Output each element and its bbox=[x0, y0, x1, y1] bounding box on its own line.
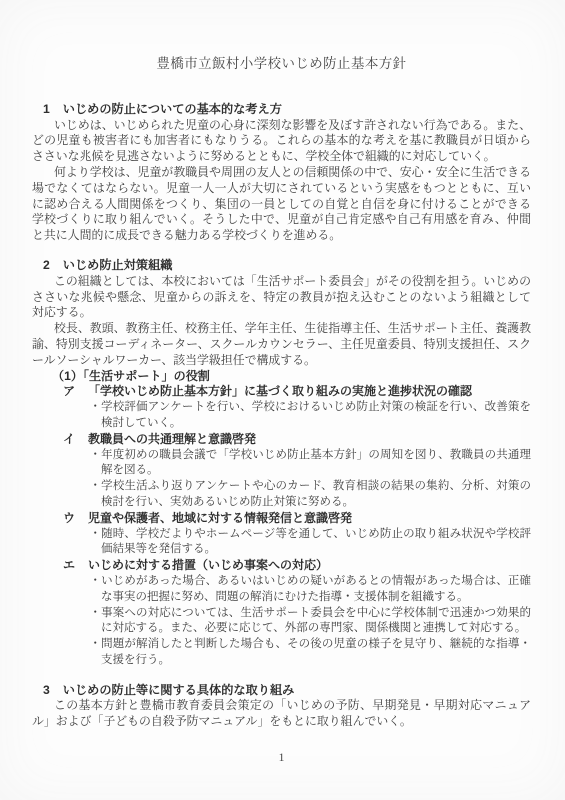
item-a-heading: ア「学校いじめ防止基本方針」に基づく取り組みの実施と進捗状況の確認 bbox=[32, 384, 531, 400]
item-e-marker: エ bbox=[63, 558, 75, 574]
bullet-item: ・学校生活ふり返りアンケートや心のカード、教育相談の結果の集約、分析、対策の検討… bbox=[32, 479, 531, 511]
section-concrete-initiatives: 3いじめの防止等に関する具体的な取り組み この基本方針と豊橋市教育委員会策定の「… bbox=[32, 683, 531, 730]
section-2-paragraph: この組織としては、本校においては「生活サポート委員会」がその役割を担う。いじめの… bbox=[32, 274, 531, 321]
item-i-title: 教職員への共通理解と意識啓発 bbox=[88, 432, 256, 446]
item-i: イ教職員への共通理解と意識啓発 ・年度初めの職員会議で「学校いじめ防止基本方針」… bbox=[32, 432, 531, 511]
document-page: 豊橋市立飯村小学校いじめ防止基本方針 1いじめの防止についての基本的な考え方 い… bbox=[0, 0, 565, 800]
bullet-item: ・事案への対応については、生活サポート委員会を中心に学校体制で迅速かつ効果的に対… bbox=[32, 606, 531, 638]
item-a-title: 「学校いじめ防止基本方針」に基づく取り組みの実施と進捗状況の確認 bbox=[88, 384, 472, 398]
section-3-heading: 3いじめの防止等に関する具体的な取り組み bbox=[32, 683, 531, 699]
section-2-number: 2 bbox=[43, 258, 50, 274]
section-1-paragraph: いじめは、いじめられた児童の心身に深刻な影響を及ぼす許されない行為である。また、… bbox=[32, 118, 531, 165]
section-3-title: いじめの防止等に関する具体的な取り組み bbox=[63, 683, 295, 697]
item-u-title: 児童や保護者、地域に対する情報発信と意識啓発 bbox=[88, 511, 352, 525]
bullet-item: ・年度初めの職員会議で「学校いじめ防止基本方針」の周知を図り、教職員の共通理解を… bbox=[32, 448, 531, 480]
item-e: エいじめに対する措置（いじめ事案への対応） ・いじめがあった場合、あるいはいじめ… bbox=[32, 558, 531, 669]
section-2-title: いじめ防止対策組織 bbox=[63, 258, 173, 272]
item-u-marker: ウ bbox=[63, 511, 75, 527]
item-i-heading: イ教職員への共通理解と意識啓発 bbox=[32, 432, 531, 448]
page-number: 1 bbox=[32, 750, 531, 766]
bullet-item: ・学校評価アンケートを行い、学校におけるいじめ防止対策の検証を行い、改善策を検討… bbox=[32, 400, 531, 432]
section-1-title: いじめの防止についての基本的な考え方 bbox=[63, 102, 282, 116]
item-e-title: いじめに対する措置（いじめ事案への対応） bbox=[88, 558, 328, 572]
section-1-heading: 1いじめの防止についての基本的な考え方 bbox=[32, 102, 531, 118]
bullet-item: ・問題が解消したと判断した場合も、その後の児童の様子を見守り、継続的な指導・支援… bbox=[32, 637, 531, 669]
item-i-marker: イ bbox=[63, 432, 75, 448]
section-2-heading: 2いじめ防止対策組織 bbox=[32, 258, 531, 274]
bullet-item: ・いじめがあった場合、あるいはいじめの疑いがあるとの情報があった場合は、正確な事… bbox=[32, 574, 531, 606]
section-3-number: 3 bbox=[43, 683, 50, 699]
section-basic-policy: 1いじめの防止についての基本的な考え方 いじめは、いじめられた児童の心身に深刻な… bbox=[32, 102, 531, 244]
item-u-heading: ウ児童や保護者、地域に対する情報発信と意識啓発 bbox=[32, 511, 531, 527]
item-u: ウ児童や保護者、地域に対する情報発信と意識啓発 ・随時、学校だよりやホームページ… bbox=[32, 511, 531, 558]
section-3-paragraph: この基本方針と豊橋市教育委員会策定の「いじめの予防、早期発見・早期対応マニュアル… bbox=[32, 698, 531, 730]
item-a: ア「学校いじめ防止基本方針」に基づく取り組みの実施と進捗状況の確認 ・学校評価ア… bbox=[32, 384, 531, 431]
section-prevention-organization: 2いじめ防止対策組織 この組織としては、本校においては「生活サポート委員会」がそ… bbox=[32, 258, 531, 669]
section-1-number: 1 bbox=[43, 102, 50, 118]
bullet-item: ・随時、学校だよりやホームページ等を通して、いじめ防止の取り組み状況や学校評価結… bbox=[32, 527, 531, 559]
subsection-life-support-heading: （1）「生活サポート」の役割 bbox=[32, 369, 531, 385]
section-1-paragraph: 何より学校は、児童が教職員や周囲の友人との信頼関係の中で、安心・安全に生活できる… bbox=[32, 165, 531, 244]
document-title: 豊橋市立飯村小学校いじめ防止基本方針 bbox=[32, 56, 531, 72]
section-2-paragraph: 校長、教頭、教務主任、校務主任、学年主任、生徒指導主任、生活サポート主任、養護教… bbox=[32, 321, 531, 368]
item-a-marker: ア bbox=[63, 384, 75, 400]
item-e-heading: エいじめに対する措置（いじめ事案への対応） bbox=[32, 558, 531, 574]
